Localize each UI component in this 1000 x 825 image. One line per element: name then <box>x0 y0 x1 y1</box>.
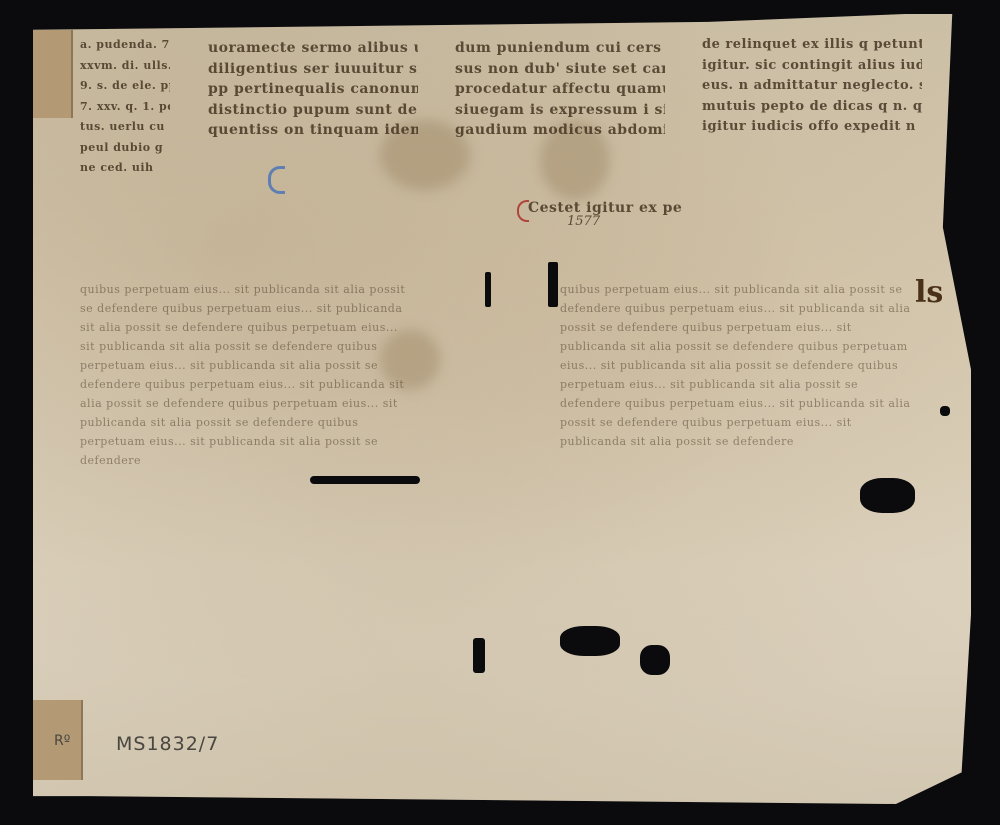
margin-letters: ls <box>915 275 943 310</box>
tab-label: Rº <box>54 733 70 749</box>
folio-number: 1577 <box>567 214 600 229</box>
damage-hole <box>640 645 670 675</box>
left-gloss-column: a. pudenda. 7.xxvm. di. ulls.9. s. de el… <box>80 35 170 235</box>
lower-right-text-block: quibus perpetuam eius... sit publicanda … <box>560 280 920 620</box>
text-column-a: uoramecte sermo alibus ueneritdiligentiu… <box>208 38 418 238</box>
damage-hole <box>860 478 915 513</box>
shelfmark: MS1832/7 <box>116 733 219 755</box>
damage-hole <box>310 476 420 484</box>
damage-hole <box>940 406 950 416</box>
blue-initial-decoration <box>268 166 285 194</box>
damage-hole <box>485 272 491 307</box>
text-column-c: de relinquet ex illis q petuntigitur. si… <box>702 35 922 275</box>
lower-left-text-block: quibus perpetuam eius... sit publicanda … <box>80 280 410 630</box>
damage-hole <box>473 638 485 673</box>
damage-hole <box>560 626 620 656</box>
damage-hole <box>548 262 558 307</box>
binding-tab-top <box>33 30 73 118</box>
rubric-line: Cestet igitur ex pe <box>528 198 682 219</box>
red-initial-decoration <box>517 200 529 222</box>
